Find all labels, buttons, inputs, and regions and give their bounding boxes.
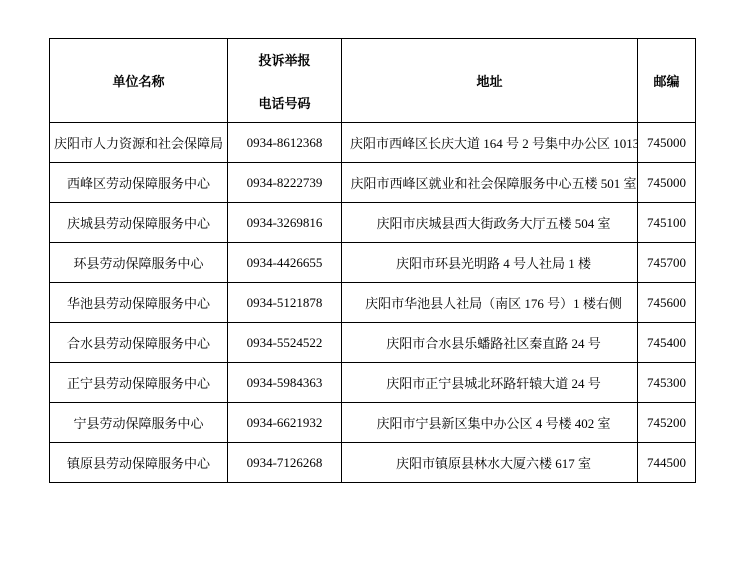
table-row: 正宁县劳动保障服务中心 0934-5984363 庆阳市正宁县城北环路轩辕大道 … — [50, 363, 696, 403]
zip-cell: 745700 — [638, 243, 696, 283]
table-row: 西峰区劳动保障服务中心 0934-8222739 庆阳市西峰区就业和社会保障服务… — [50, 163, 696, 203]
document-page: 单位名称 投诉举报 电话号码 地址 邮编 庆阳市人力资源和社会保障局 0934-… — [0, 0, 729, 577]
phone-cell: 0934-5524522 — [228, 323, 342, 363]
header-phone-line2: 电话号码 — [228, 93, 341, 112]
table-row: 环县劳动保障服务中心 0934-4426655 庆阳市环县光明路 4 号人社局 … — [50, 243, 696, 283]
address-cell: 庆阳市环县光明路 4 号人社局 1 楼 — [342, 243, 638, 283]
unit-name-cell: 庆阳市人力资源和社会保障局 — [50, 123, 228, 163]
unit-name-cell: 镇原县劳动保障服务中心 — [50, 443, 228, 483]
unit-name-cell: 环县劳动保障服务中心 — [50, 243, 228, 283]
table-row: 庆城县劳动保障服务中心 0934-3269816 庆阳市庆城县西大街政务大厅五楼… — [50, 203, 696, 243]
zip-cell: 745600 — [638, 283, 696, 323]
table-header-row: 单位名称 投诉举报 电话号码 地址 邮编 — [50, 39, 696, 123]
header-address: 地址 — [342, 39, 638, 123]
address-cell: 庆阳市镇原县林水大厦六楼 617 室 — [342, 443, 638, 483]
header-zip-label: 邮编 — [653, 74, 679, 89]
address-cell: 庆阳市西峰区就业和社会保障服务中心五楼 501 室 — [342, 163, 638, 203]
header-complaint-phone: 投诉举报 电话号码 — [228, 39, 342, 123]
unit-name-cell: 华池县劳动保障服务中心 — [50, 283, 228, 323]
header-unit-name: 单位名称 — [50, 39, 228, 123]
labor-security-contact-table: 单位名称 投诉举报 电话号码 地址 邮编 庆阳市人力资源和社会保障局 0934-… — [49, 38, 696, 483]
table-row: 宁县劳动保障服务中心 0934-6621932 庆阳市宁县新区集中办公区 4 号… — [50, 403, 696, 443]
header-phone-line1: 投诉举报 — [228, 50, 341, 69]
phone-cell: 0934-6621932 — [228, 403, 342, 443]
unit-name-cell: 宁县劳动保障服务中心 — [50, 403, 228, 443]
unit-name-cell: 合水县劳动保障服务中心 — [50, 323, 228, 363]
zip-cell: 745000 — [638, 123, 696, 163]
header-address-label: 地址 — [476, 74, 502, 89]
unit-name-cell: 西峰区劳动保障服务中心 — [50, 163, 228, 203]
address-cell: 庆阳市西峰区长庆大道 164 号 2 号集中办公区 1013 室 — [342, 123, 638, 163]
phone-cell: 0934-8222739 — [228, 163, 342, 203]
phone-cell: 0934-8612368 — [228, 123, 342, 163]
address-cell: 庆阳市合水县乐蟠路社区秦直路 24 号 — [342, 323, 638, 363]
header-unit-name-label: 单位名称 — [112, 74, 164, 89]
phone-cell: 0934-7126268 — [228, 443, 342, 483]
phone-cell: 0934-4426655 — [228, 243, 342, 283]
address-cell: 庆阳市宁县新区集中办公区 4 号楼 402 室 — [342, 403, 638, 443]
table-row: 合水县劳动保障服务中心 0934-5524522 庆阳市合水县乐蟠路社区秦直路 … — [50, 323, 696, 363]
zip-cell: 745200 — [638, 403, 696, 443]
table-row: 镇原县劳动保障服务中心 0934-7126268 庆阳市镇原县林水大厦六楼 61… — [50, 443, 696, 483]
zip-cell: 745100 — [638, 203, 696, 243]
zip-cell: 745300 — [638, 363, 696, 403]
address-cell: 庆阳市庆城县西大街政务大厅五楼 504 室 — [342, 203, 638, 243]
table-row: 华池县劳动保障服务中心 0934-5121878 庆阳市华池县人社局（南区 17… — [50, 283, 696, 323]
address-cell: 庆阳市正宁县城北环路轩辕大道 24 号 — [342, 363, 638, 403]
phone-cell: 0934-5121878 — [228, 283, 342, 323]
zip-cell: 745000 — [638, 163, 696, 203]
zip-cell: 745400 — [638, 323, 696, 363]
zip-cell: 744500 — [638, 443, 696, 483]
phone-cell: 0934-5984363 — [228, 363, 342, 403]
header-zip: 邮编 — [638, 39, 696, 123]
unit-name-cell: 正宁县劳动保障服务中心 — [50, 363, 228, 403]
table-row: 庆阳市人力资源和社会保障局 0934-8612368 庆阳市西峰区长庆大道 16… — [50, 123, 696, 163]
phone-cell: 0934-3269816 — [228, 203, 342, 243]
address-cell: 庆阳市华池县人社局（南区 176 号）1 楼右侧 — [342, 283, 638, 323]
unit-name-cell: 庆城县劳动保障服务中心 — [50, 203, 228, 243]
